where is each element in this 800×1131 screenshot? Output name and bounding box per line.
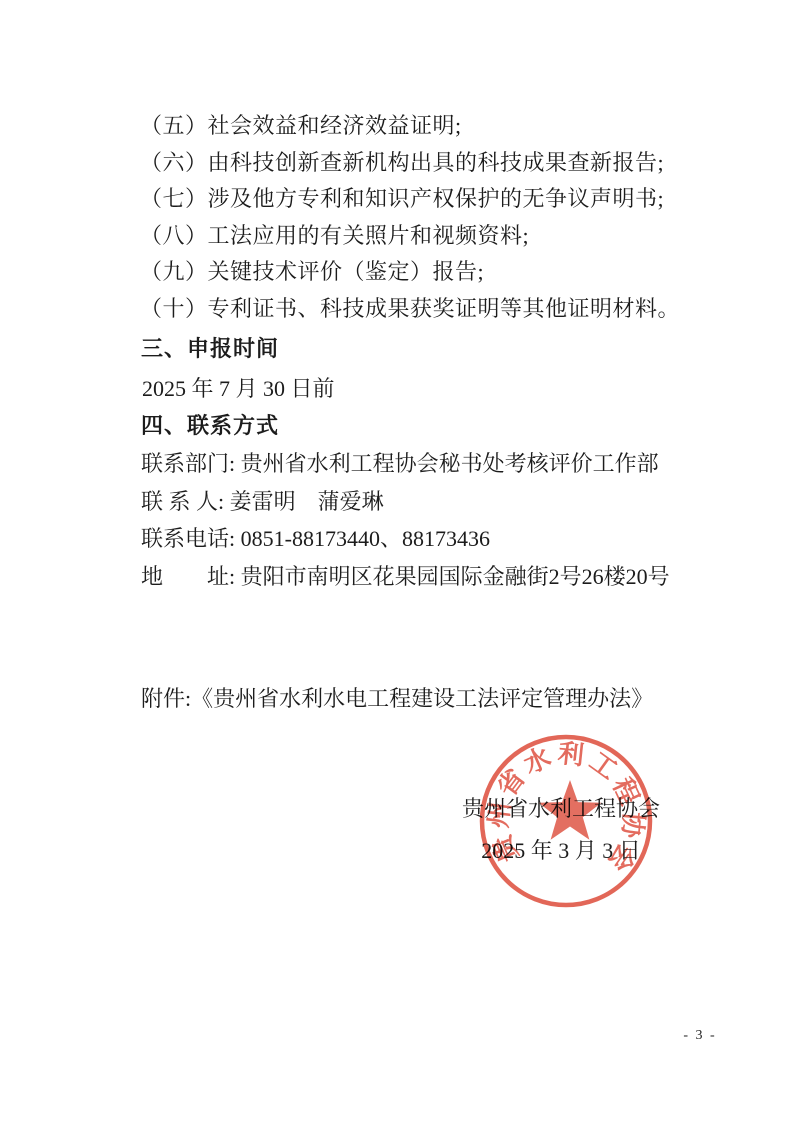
list-item: （五）社会效益和经济效益证明; [140, 108, 680, 145]
list-item: （六）由科技创新查新机构出具的科技成果查新报告; [140, 145, 680, 182]
official-seal-stamp-icon: 贵州省水利工程协会 [476, 731, 656, 911]
contact-person: 联 系 人: 姜雷明 蒲爱琳 [141, 483, 701, 521]
document-page: （五）社会效益和经济效益证明; （六）由科技创新查新机构出具的科技成果查新报告;… [0, 0, 800, 1131]
list-item: （九）关键技术评价（鉴定）报告; [140, 254, 680, 291]
contact-phone: 联系电话: 0851-88173440、88173436 [141, 520, 701, 558]
section-heading-contact: 四、联系方式 [141, 414, 681, 438]
contact-info-block: 联系部门: 贵州省水利工程协会秘书处考核评价工作部 联 系 人: 姜雷明 蒲爱琳… [141, 445, 701, 595]
signature-organization: 贵州省水利工程协会 [430, 797, 692, 821]
required-materials-list: （五）社会效益和经济效益证明; （六）由科技创新查新机构出具的科技成果查新报告;… [140, 108, 680, 327]
signature-date: 2025 年 3 月 3 日 [430, 839, 692, 863]
contact-department: 联系部门: 贵州省水利工程协会秘书处考核评价工作部 [141, 445, 701, 483]
page-number: - 3 - [655, 1028, 745, 1044]
attachment-line: 附件:《贵州省水利水电工程建设工法评定管理办法》 [141, 687, 701, 711]
seal-ring [482, 737, 650, 905]
section-heading-deadline: 三、申报时间 [141, 337, 681, 361]
list-item: （七）涉及他方专利和知识产权保护的无争议声明书; [140, 181, 680, 218]
list-item: （八）工法应用的有关照片和视频资料; [140, 218, 680, 255]
deadline-value: 2025 年 7 月 30 日前 [142, 377, 335, 401]
contact-address: 地 址: 贵阳市南明区花果园国际金融街2号26楼20号 [141, 558, 701, 596]
list-item: （十）专利证书、科技成果获奖证明等其他证明材料。 [140, 291, 680, 328]
